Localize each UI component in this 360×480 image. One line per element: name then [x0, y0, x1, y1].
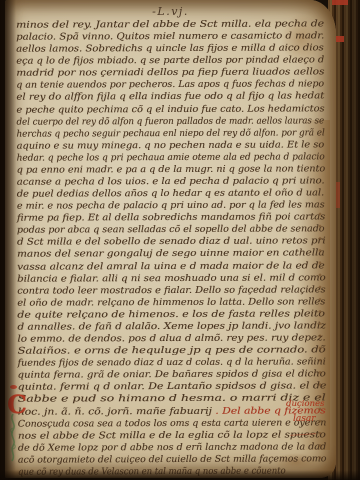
text-block: minos del rey. Jantar del abbe de Sct mi…	[16, 18, 326, 478]
margin-note-red: duçiones	[286, 400, 324, 409]
gutter-shadow	[0, 0, 16, 480]
margin-note-red: lasar	[293, 415, 316, 424]
pricking-dots	[318, 212, 322, 460]
bottom-shadow	[0, 470, 360, 480]
folio-number: -L.vj.	[5, 5, 336, 18]
manuscript-photo: -L.vj. minos del rey. Jantar del abbe de…	[0, 0, 360, 480]
